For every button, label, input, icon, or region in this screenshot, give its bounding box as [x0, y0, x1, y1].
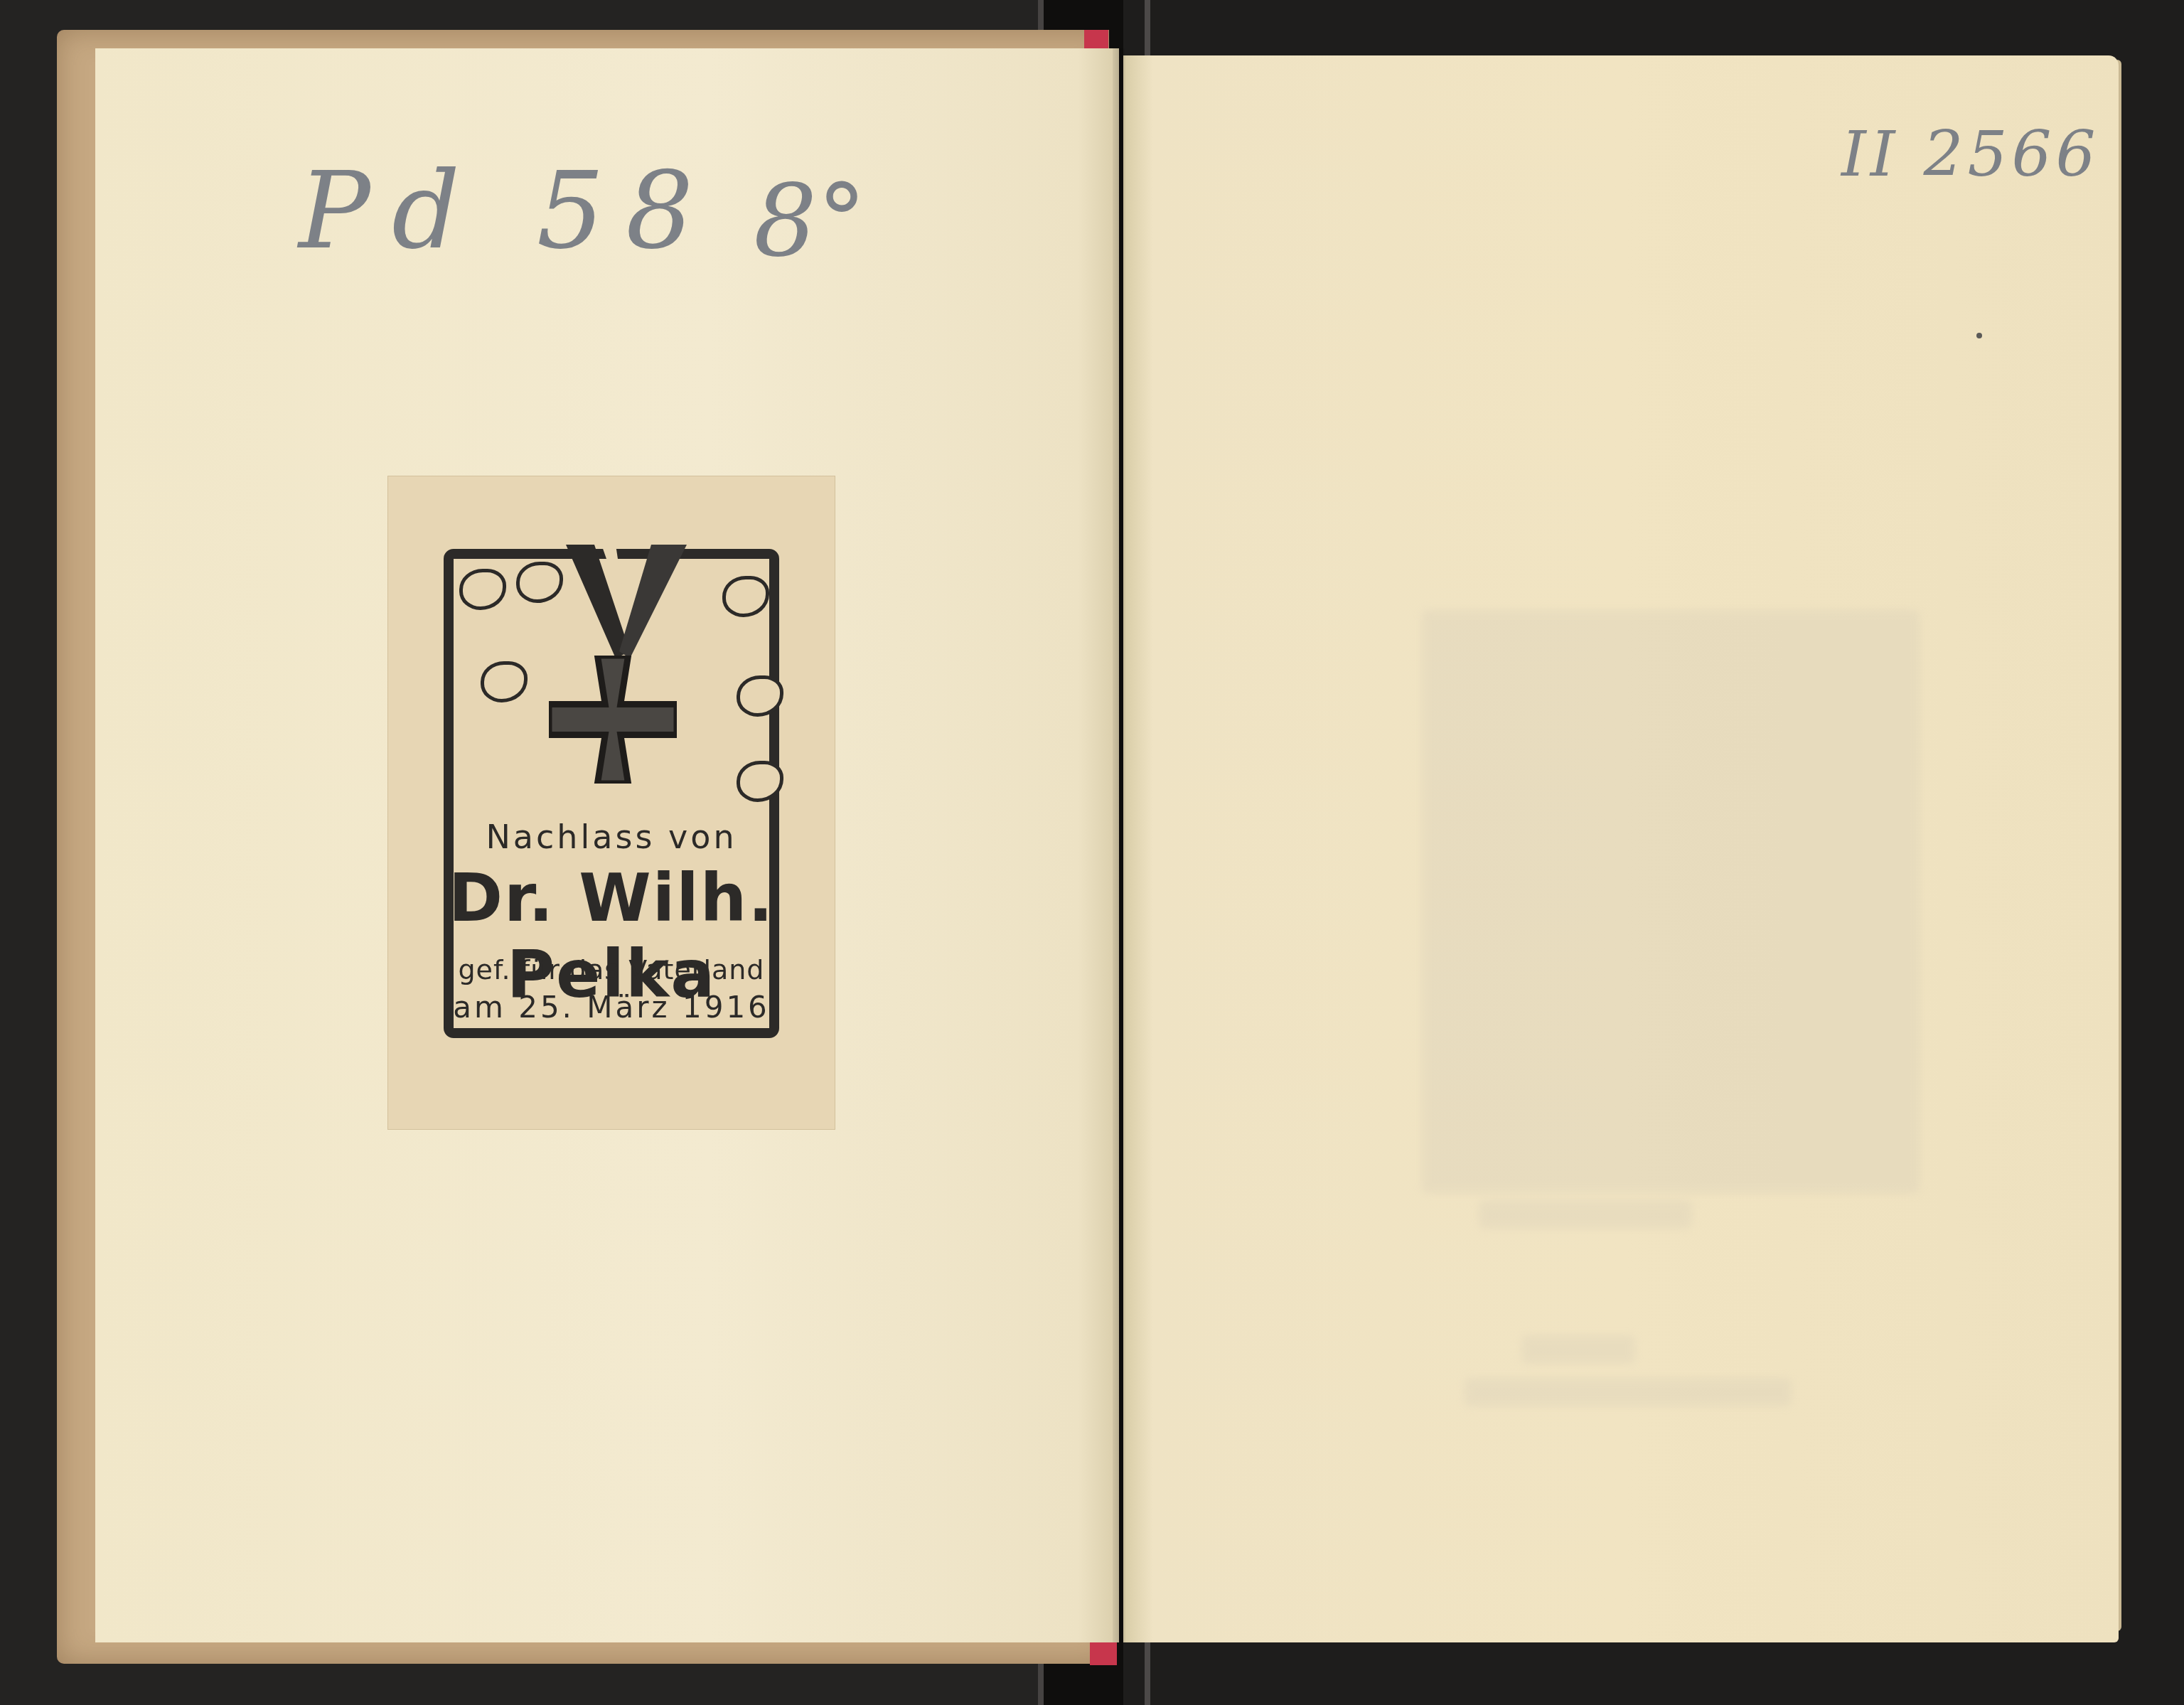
right-page [1123, 55, 2119, 1642]
bookplate: Nachlass von Dr. Wilh. Pelka gef. für da… [388, 476, 835, 1129]
bookplate-line-1: Nachlass von [388, 818, 835, 856]
pencil-format-note: 8° [754, 164, 867, 279]
iron-cross-icon [549, 656, 677, 784]
book-gutter [1113, 48, 1125, 1642]
ribbon-icon [552, 545, 694, 658]
bookplate-line-3: gef. für das Vaterland [388, 954, 835, 985]
headband-bottom [1090, 1642, 1117, 1665]
pencil-shelfmark: Pd 58 [299, 149, 715, 273]
show-through-caption [1479, 1200, 1692, 1229]
show-through-illustration [1422, 610, 1920, 1193]
show-through-publisher [1465, 1378, 1792, 1406]
bookplate-date: am 25. März 1916 [388, 990, 835, 1025]
paper-speck [1976, 333, 1982, 338]
pencil-inventory-number: II 2566 [1841, 117, 2099, 191]
show-through-place [1521, 1335, 1635, 1364]
